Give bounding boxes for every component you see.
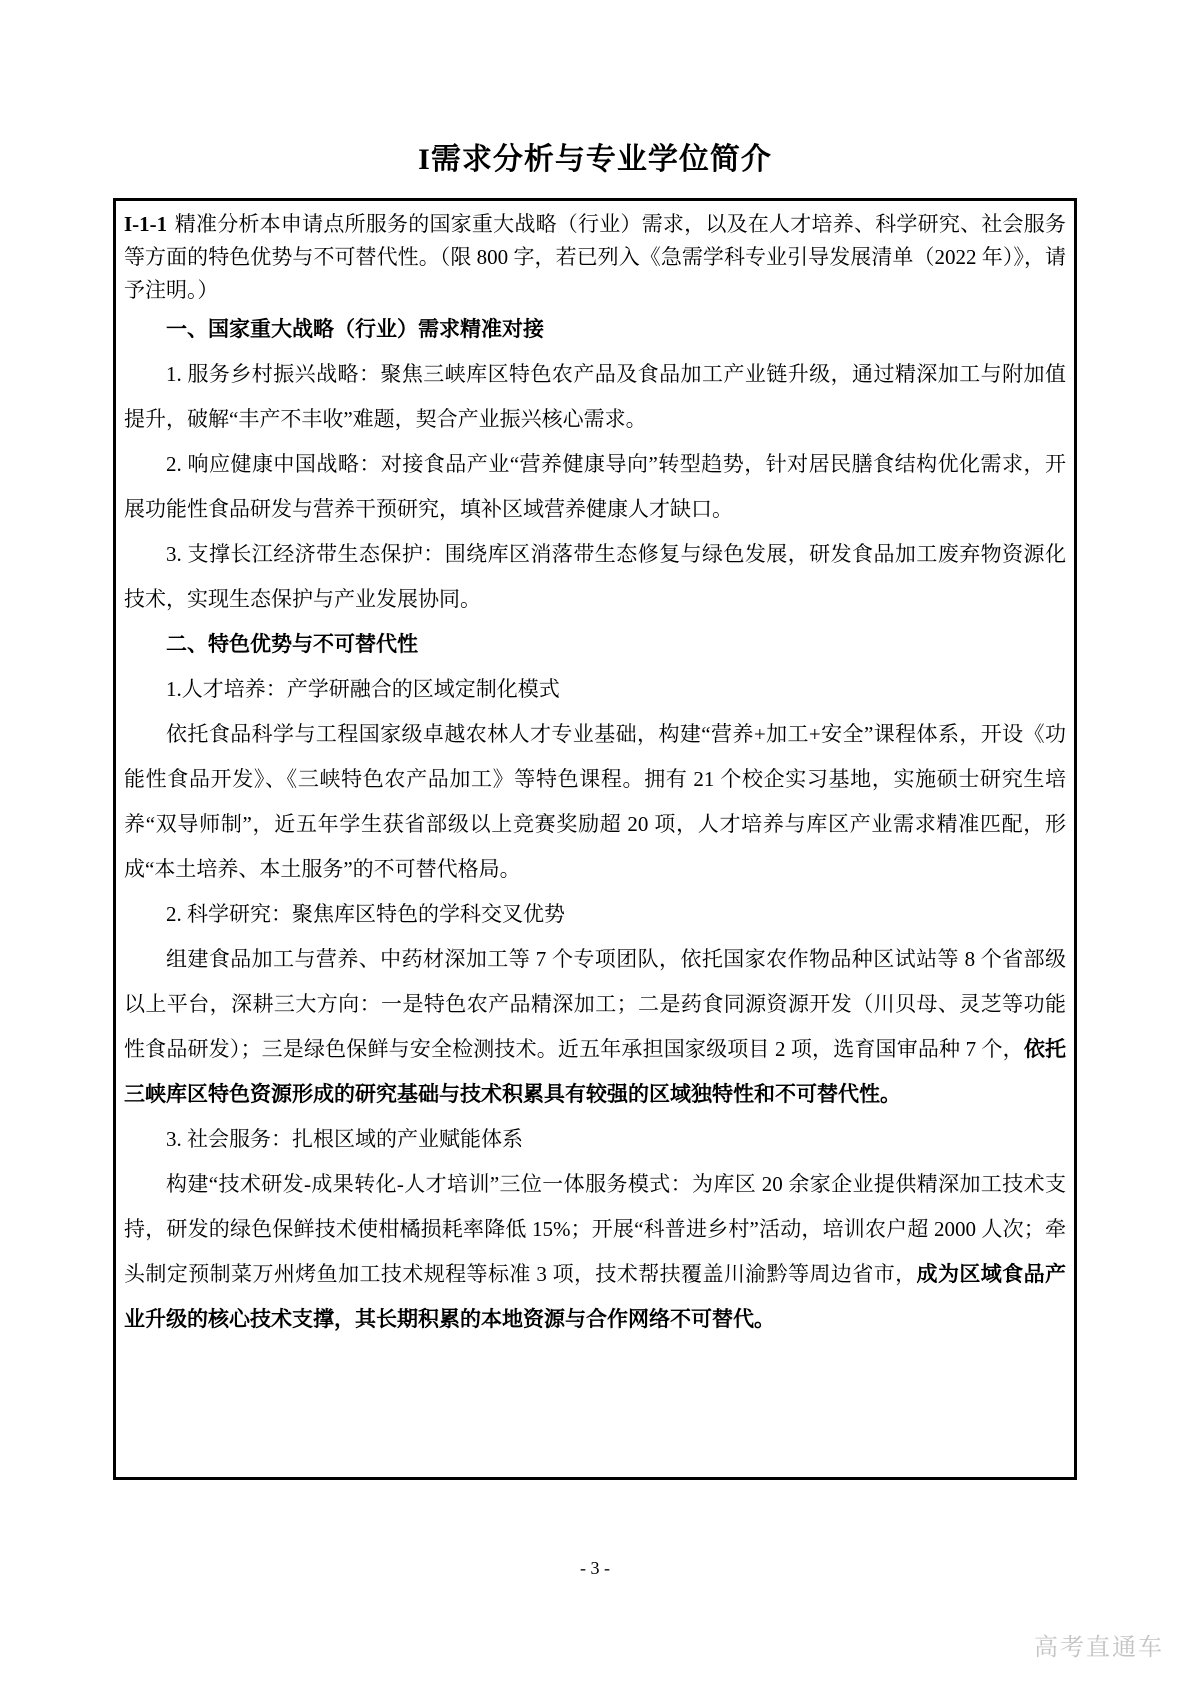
prompt-text: 精准分析本申请点所服务的国家重大战略（行业）需求，以及在人才培养、科学研究、社会…: [124, 212, 1066, 302]
section-heading: 一、国家重大战略（行业）需求精准对接: [124, 307, 1066, 352]
bold-text-run: 二、特色优势与不可替代性: [166, 632, 418, 656]
form-paragraph: 组建食品加工与营养、中药材深加工等 7 个专项团队，依托国家农作物品种区试站等 …: [124, 937, 1066, 1117]
prompt-label: I-1-1: [124, 212, 167, 236]
document-page: I需求分析与专业学位简介 I-1-1精准分析本申请点所服务的国家重大战略（行业）…: [0, 0, 1190, 1683]
form-paragraph: 3. 社会服务：扎根区域的产业赋能体系: [124, 1117, 1066, 1162]
prompt-paragraph: I-1-1精准分析本申请点所服务的国家重大战略（行业）需求，以及在人才培养、科学…: [124, 208, 1066, 307]
text-run: 1. 服务乡村振兴战略：聚焦三峡库区特色农产品及食品加工产业链升级，通过精深加工…: [124, 362, 1066, 431]
text-run: 1.人才培养：产学研融合的区域定制化模式: [166, 677, 560, 701]
form-paragraph: 1.人才培养：产学研融合的区域定制化模式: [124, 667, 1066, 712]
form-paragraph: 1. 服务乡村振兴战略：聚焦三峡库区特色农产品及食品加工产业链升级，通过精深加工…: [124, 352, 1066, 442]
text-run: 2. 科学研究：聚焦库区特色的学科交叉优势: [166, 902, 565, 926]
section-heading: 二、特色优势与不可替代性: [124, 622, 1066, 667]
text-run: 依托食品科学与工程国家级卓越农林人才专业基础，构建“营养+加工+安全”课程体系，…: [124, 722, 1066, 881]
text-run: 3. 支撑长江经济带生态保护：围绕库区消落带生态修复与绿色发展，研发食品加工废弃…: [124, 542, 1066, 611]
form-paragraph: 3. 支撑长江经济带生态保护：围绕库区消落带生态修复与绿色发展，研发食品加工废弃…: [124, 532, 1066, 622]
watermark: 高考直通车: [1034, 1627, 1164, 1662]
text-run: 组建食品加工与营养、中药材深加工等 7 个专项团队，依托国家农作物品种区试站等 …: [124, 947, 1066, 1061]
form-paragraph: 2. 响应健康中国战略：对接食品产业“营养健康导向”转型趋势，针对居民膳食结构优…: [124, 442, 1066, 532]
text-run: 2. 响应健康中国战略：对接食品产业“营养健康导向”转型趋势，针对居民膳食结构优…: [124, 452, 1066, 521]
bold-text-run: 一、国家重大战略（行业）需求精准对接: [166, 317, 544, 341]
text-run: 3. 社会服务：扎根区域的产业赋能体系: [166, 1127, 523, 1151]
form-paragraph: 2. 科学研究：聚焦库区特色的学科交叉优势: [124, 892, 1066, 937]
page-number: - 3 -: [0, 1558, 1190, 1579]
page-title: I需求分析与专业学位简介: [0, 0, 1190, 178]
form-box: I-1-1精准分析本申请点所服务的国家重大战略（行业）需求，以及在人才培养、科学…: [113, 198, 1077, 1480]
form-answer-text: 一、国家重大战略（行业）需求精准对接1. 服务乡村振兴战略：聚焦三峡库区特色农产…: [124, 307, 1066, 1342]
form-paragraph: 构建“技术研发-成果转化-人才培训”三位一体服务模式：为库区 20 余家企业提供…: [124, 1162, 1066, 1342]
form-paragraph: 依托食品科学与工程国家级卓越农林人才专业基础，构建“营养+加工+安全”课程体系，…: [124, 712, 1066, 892]
